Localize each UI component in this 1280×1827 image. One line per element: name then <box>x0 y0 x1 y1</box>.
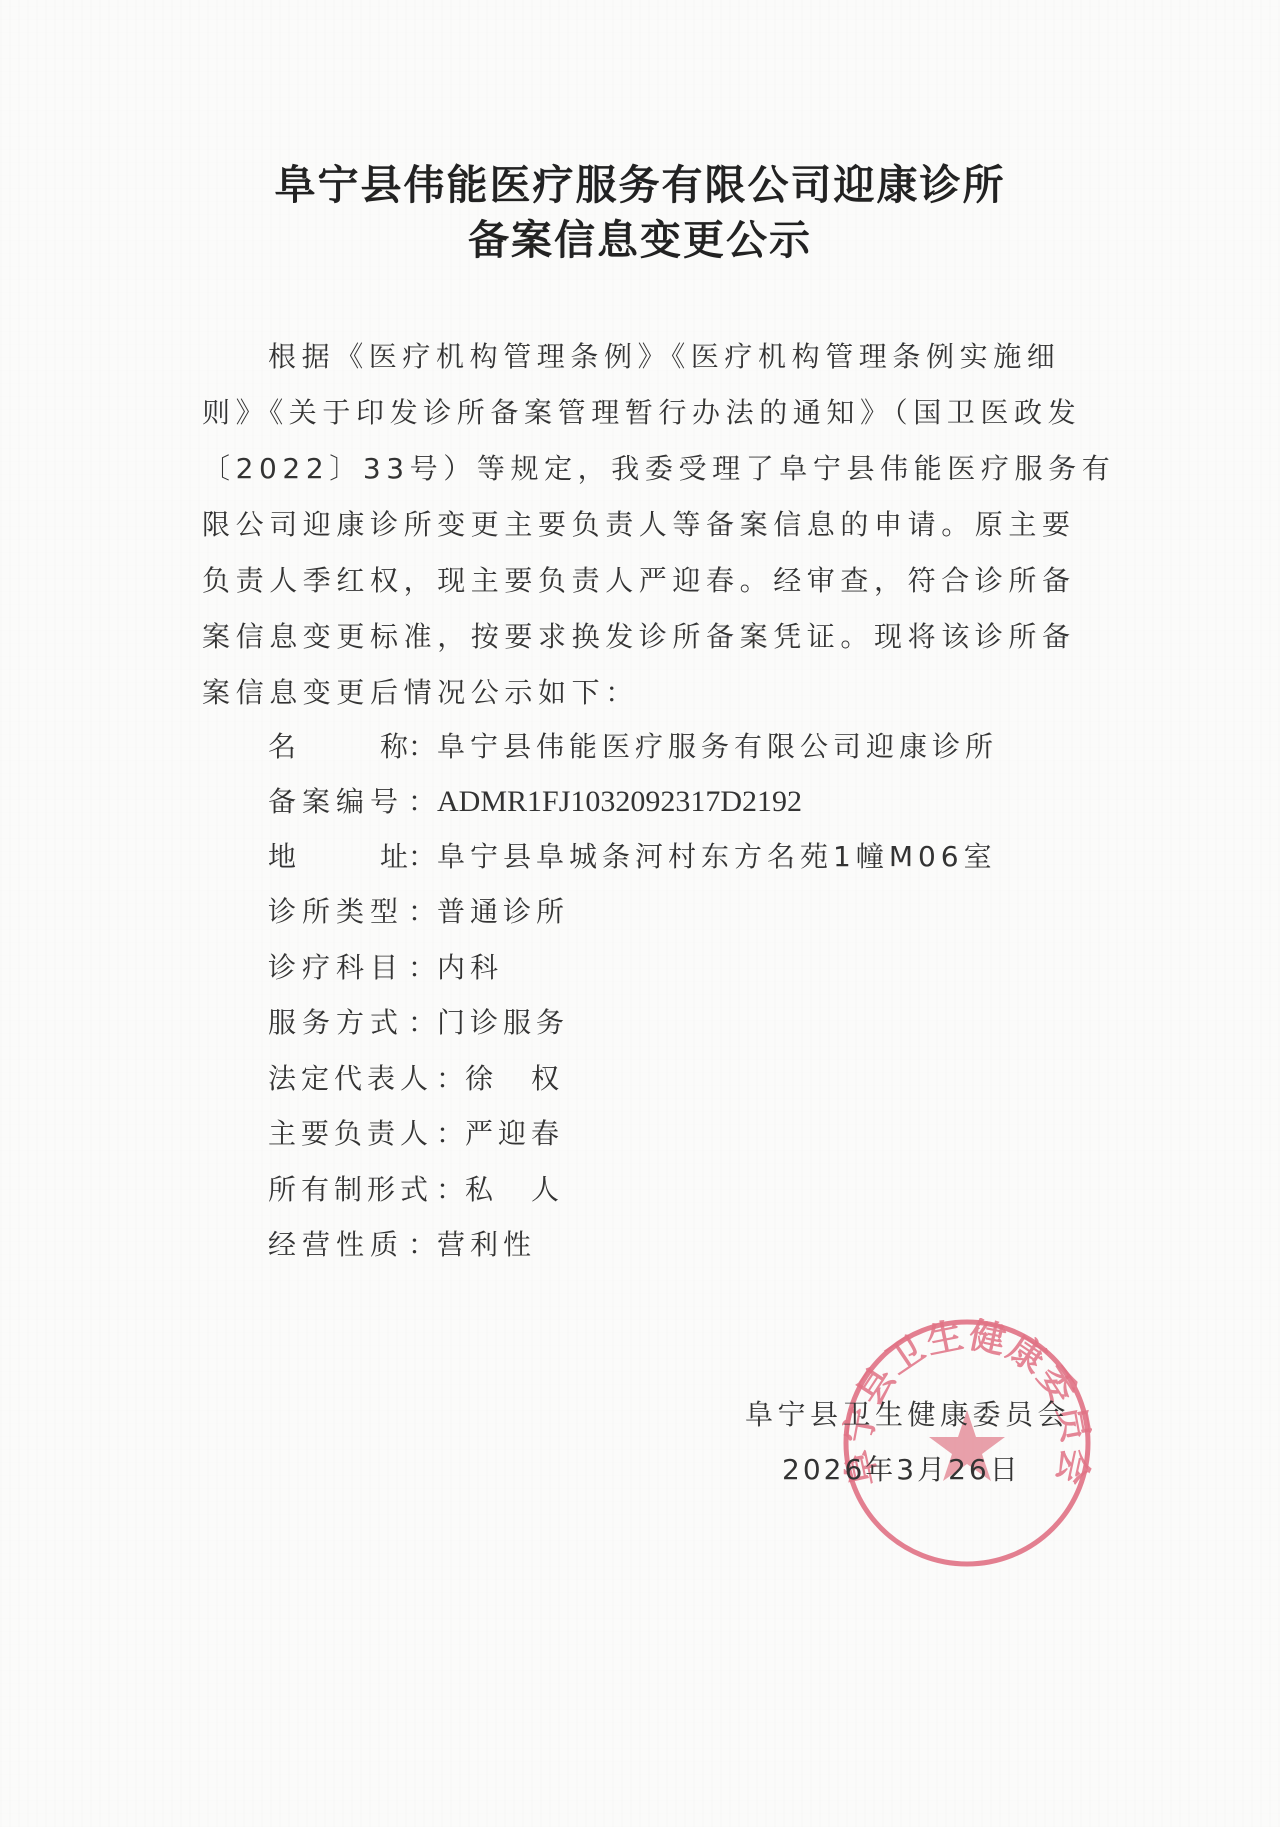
field-label: 服务方式 <box>268 1003 408 1043</box>
field-label-char: 称 <box>380 727 408 767</box>
field-departments: 诊疗科目 ： 内科 <box>268 948 503 988</box>
field-address: 地 址 ： 阜宁县阜城条河村东方名苑1幢M06室 <box>268 837 997 877</box>
field-colon: ： <box>436 1114 465 1154</box>
field-label: 主要负责人 <box>268 1114 436 1154</box>
field-label-char: 址 <box>380 837 408 877</box>
field-legal-representative: 法定代表人 ： 徐 权 <box>268 1059 564 1099</box>
field-colon: ： <box>436 1059 465 1099</box>
field-colon: ： <box>436 1170 465 1210</box>
field-label: 经营性质 <box>268 1225 408 1265</box>
field-clinic-type: 诊所类型 ： 普通诊所 <box>268 892 569 932</box>
field-colon: ： <box>408 948 437 988</box>
field-label: 诊疗科目 <box>268 948 408 988</box>
document-title-line2: 备案信息变更公示 <box>0 212 1280 268</box>
signature-date: 2026年3月26日 <box>782 1450 1021 1490</box>
field-name: 名 称 ： 阜宁县伟能医疗服务有限公司迎康诊所 <box>268 727 998 767</box>
field-value: 内科 <box>437 948 503 988</box>
field-colon: ： <box>408 782 437 822</box>
field-value: 徐 权 <box>465 1059 564 1099</box>
field-label-char: 地 <box>268 837 296 877</box>
field-value: 阜宁县伟能医疗服务有限公司迎康诊所 <box>437 727 998 767</box>
document-title-line1: 阜宁县伟能医疗服务有限公司迎康诊所 <box>0 157 1280 213</box>
field-label: 法定代表人 <box>268 1059 436 1099</box>
field-colon: ： <box>408 727 437 767</box>
field-label: 地 址 <box>268 837 408 877</box>
body-line: 案信息变更标准，按要求换发诊所备案凭证。现将该诊所备 <box>202 617 1084 657</box>
body-line: 〔2022〕33号）等规定，我委受理了阜宁县伟能医疗服务有 <box>202 449 1084 489</box>
field-label: 名 称 <box>268 727 408 767</box>
field-label: 备案编号 <box>268 782 408 822</box>
official-seal-stamp: 阜宁县卫生健康委员会 <box>842 1318 1092 1568</box>
field-registration-number: 备案编号 ： ADMR1FJ1032092317D2192 <box>268 782 802 822</box>
field-value: 营利性 <box>437 1225 536 1265</box>
field-principal-person: 主要负责人 ： 严迎春 <box>268 1114 564 1154</box>
field-label: 诊所类型 <box>268 892 408 932</box>
body-line: 负责人季红权，现主要负责人严迎春。经审查，符合诊所备 <box>202 561 1084 601</box>
body-line: 根据《医疗机构管理条例》《医疗机构管理条例实施细 <box>268 337 1084 377</box>
body-line: 限公司迎康诊所变更主要负责人等备案信息的申请。原主要 <box>202 505 1084 545</box>
field-colon: ： <box>408 892 437 932</box>
field-colon: ： <box>408 837 437 877</box>
body-line: 则》《关于印发诊所备案管理暂行办法的通知》（国卫医政发 <box>202 393 1084 433</box>
field-colon: ： <box>408 1003 437 1043</box>
field-service-mode: 服务方式 ： 门诊服务 <box>268 1003 569 1043</box>
field-ownership-type: 所有制形式 ： 私 人 <box>268 1170 564 1210</box>
body-line: 案信息变更后情况公示如下： <box>202 673 1084 713</box>
field-value: ADMR1FJ1032092317D2192 <box>437 782 802 822</box>
document-page: 阜宁县伟能医疗服务有限公司迎康诊所 备案信息变更公示 根据《医疗机构管理条例》《… <box>0 0 1280 1827</box>
field-label: 所有制形式 <box>268 1170 436 1210</box>
field-value: 普通诊所 <box>437 892 569 932</box>
field-value: 私 人 <box>465 1170 564 1210</box>
signature-organization: 阜宁县卫生健康委员会 <box>745 1395 1070 1435</box>
field-value: 门诊服务 <box>437 1003 569 1043</box>
field-value: 严迎春 <box>465 1114 564 1154</box>
field-label-char: 名 <box>268 727 296 767</box>
field-business-nature: 经营性质 ： 营利性 <box>268 1225 536 1265</box>
field-colon: ： <box>408 1225 437 1265</box>
field-value: 阜宁县阜城条河村东方名苑1幢M06室 <box>437 837 997 877</box>
